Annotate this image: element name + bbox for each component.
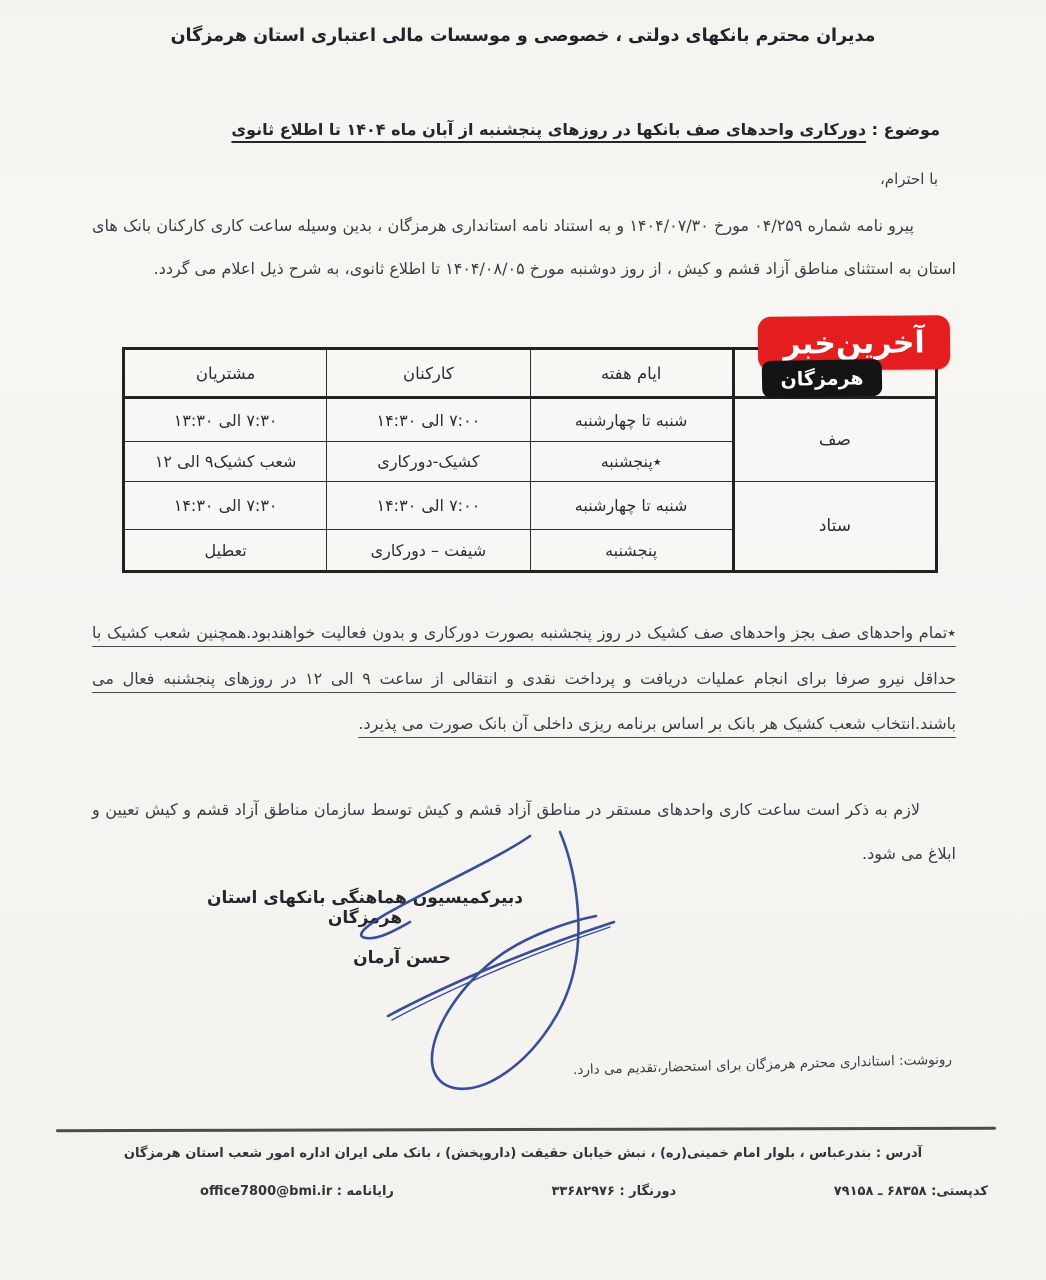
subject-text: دورکاری واحدهای صف بانکها در روزهای پنجش… (231, 120, 866, 139)
email: رایانامه : office7800@bmi.ir (200, 1184, 394, 1199)
cell-days: شنبه تا چهارشنبه (530, 398, 733, 442)
table-row: صف شنبه تا چهارشنبه ۷:۰۰ الی ۱۴:۳۰ ۷:۳۰ … (124, 398, 937, 442)
body-paragraph-2-starred: ٭تمام واحدهای صف بجز واحدهای صف کشیک در … (92, 610, 956, 747)
subject-line: موضوع : دورکاری واحدهای صف بانکها در روز… (80, 120, 940, 139)
postal-code: کدپستی: ۶۸۳۵۸ ـ ۷۹۱۵۸ (834, 1184, 988, 1199)
fax-label: دورنگار : (619, 1184, 676, 1199)
handwritten-signature (352, 830, 652, 1102)
cell-days: ٭پنجشنبه (530, 442, 733, 482)
footer-divider (56, 1127, 996, 1132)
column-header-days: ایام هفته (530, 349, 733, 398)
cell-days: پنجشنبه (530, 530, 733, 572)
cell-customer-hours: شعب کشیک۹ الی ۱۲ (124, 442, 327, 482)
salutation: با احترام، (880, 170, 938, 188)
email-value: office7800@bmi.ir (200, 1184, 332, 1199)
body-paragraph-1: پیرو نامه شماره ۰۴/۲۵۹ مورخ ۱۴۰۴/۰۷/۳۰ و… (92, 204, 956, 290)
subject-label: موضوع : (866, 120, 940, 139)
column-header-customers: مشتریان (124, 349, 327, 398)
footer-contacts: کدپستی: ۶۸۳۵۸ ـ ۷۹۱۵۸ دورنگار : ۳۳۶۸۲۹۷۶… (200, 1184, 988, 1199)
cell-staff-hours: کشیک-دورکاری (327, 442, 530, 482)
postal-value: ۶۸۳۵۸ ـ ۷۹۱۵۸ (834, 1184, 927, 1199)
address-text: بندرعباس ، بلوار امام خمینی(ره) ، نبش خی… (124, 1146, 871, 1161)
table-row: ستاد شنبه تا چهارشنبه ۷:۰۰ الی ۱۴:۳۰ ۷:۳… (124, 482, 937, 530)
letter-title: مدیران محترم بانکهای دولتی ، خصوصی و موس… (120, 26, 926, 46)
column-header-staff: کارکنان (327, 349, 530, 398)
news-logo-region-badge: هرمزگان (762, 359, 883, 398)
email-label: رایانامه : (337, 1184, 394, 1199)
cell-staff-hours: ۷:۰۰ الی ۱۴:۳۰ (327, 398, 530, 442)
cell-customer-hours: تعطیل (124, 530, 327, 572)
fax-value: ۳۳۶۸۲۹۷۶ (551, 1184, 614, 1199)
cell-staff-hours: شیفت – دورکاری (327, 530, 530, 572)
cell-days: شنبه تا چهارشنبه (530, 482, 733, 530)
address-label: آدرس : (876, 1146, 922, 1161)
cell-customer-hours: ۷:۳۰ الی ۱۴:۳۰ (124, 482, 327, 530)
scanned-letter: مدیران محترم بانکهای دولتی ، خصوصی و موس… (0, 0, 1046, 1280)
footer-address: آدرس : بندرعباس ، بلوار امام خمینی(ره) ،… (60, 1146, 986, 1161)
cell-staff-hours: ۷:۰۰ الی ۱۴:۳۰ (327, 482, 530, 530)
postal-label: کدپستی: (931, 1184, 988, 1199)
cell-customer-hours: ۷:۳۰ الی ۱۳:۳۰ (124, 398, 327, 442)
group-label-setad: ستاد (733, 482, 936, 572)
group-label-saff: صف (733, 398, 936, 482)
fax: دورنگار : ۳۳۶۸۲۹۷۶ (551, 1184, 676, 1199)
